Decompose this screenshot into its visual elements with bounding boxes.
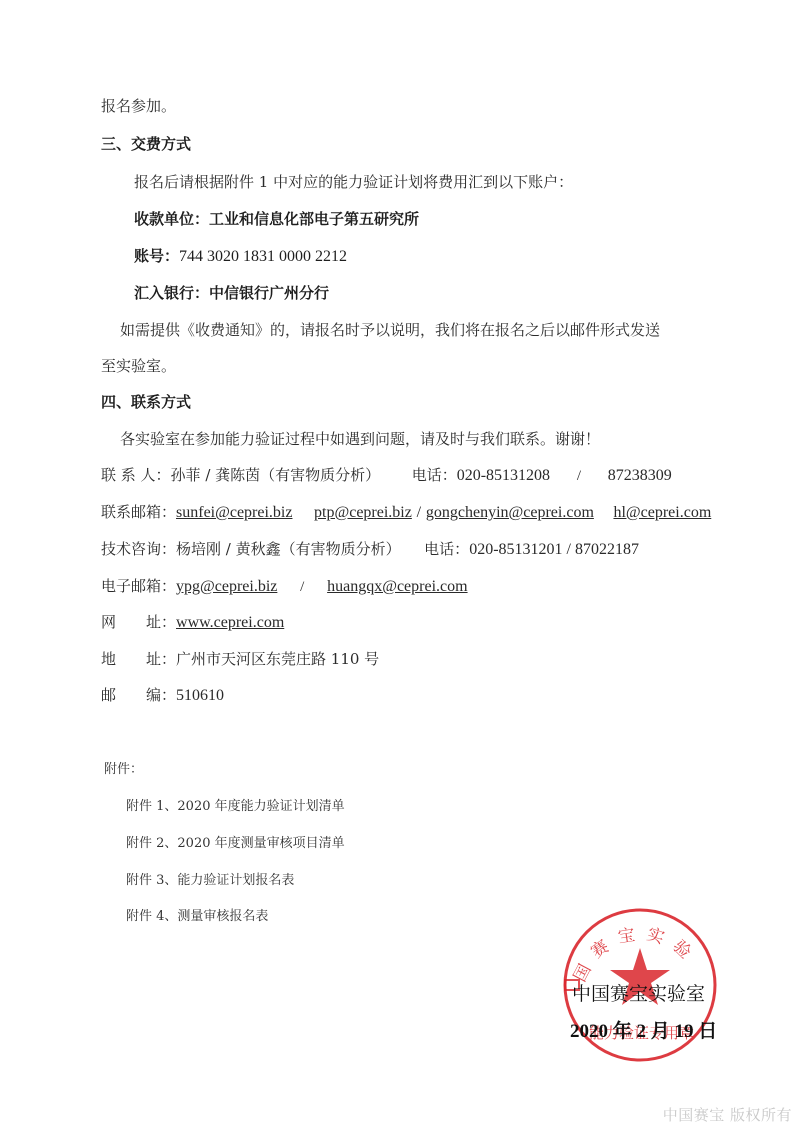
account-label: 账号： (134, 247, 179, 265)
payee-line: 收款单位：工业和信息化部电子第五研究所 (134, 209, 419, 229)
website-link[interactable]: www.ceprei.com (176, 614, 284, 631)
notice-line-2: 至实验室。 (101, 356, 176, 376)
postcode-line: 邮 编：510610 (101, 685, 224, 706)
postcode-value: 510610 (176, 687, 224, 704)
section4-heading: 四、联系方式 (101, 392, 191, 412)
attachment-item-4: 附件 4、测量审核报名表 (126, 907, 268, 927)
section3-paragraph: 报名后请根据附件 1 中对应的能力验证计划将费用汇到以下账户： (134, 172, 573, 192)
bank-label: 汇入银行： (134, 284, 209, 302)
attachment-item-2: 附件 2、2020 年度测量审核项目清单 (126, 834, 345, 854)
email-separator: / (417, 504, 421, 521)
payee-label: 收款单位： (134, 210, 209, 228)
contact-phone-2: 87238309 (608, 467, 672, 484)
signature-date: 2020 年 2 月 19 日 (570, 1016, 717, 1043)
attachment-item-3: 附件 3、能力验证计划报名表 (126, 871, 294, 891)
bank-value: 中信银行广州分行 (209, 284, 329, 302)
website-label: 网 址： (101, 613, 176, 631)
postcode-label: 邮 编： (101, 686, 176, 704)
email-line: 联系邮箱：sunfei@ceprei.biz ptp@ceprei.biz / … (101, 502, 711, 523)
contact-label: 联 系 人： (101, 466, 171, 484)
account-line: 账号：744 3020 1831 0000 2212 (134, 246, 347, 267)
contact-line: 联 系 人：孙菲 / 龚陈茵（有害物质分析） 电话：020-85131208 /… (101, 465, 672, 486)
tech-email-separator: / (300, 577, 304, 597)
contact-phone-label: 电话： (412, 466, 457, 484)
copyright-watermark: 中国赛宝 版权所有 (663, 1104, 792, 1125)
address-value: 广州市天河区东莞庄路 110 号 (176, 650, 379, 668)
email-link-ptp[interactable]: ptp@ceprei.biz (314, 504, 412, 521)
website-line: 网 址：www.ceprei.com (101, 612, 284, 633)
tech-line: 技术咨询：杨培刚 / 黄秋鑫（有害物质分析） 电话：020-85131201 /… (101, 539, 639, 560)
email-link-gongchenyin[interactable]: gongchenyin@ceprei.com (426, 504, 594, 521)
address-label: 地 址： (101, 650, 176, 668)
email-label: 联系邮箱： (101, 503, 176, 521)
tech-email-label: 电子邮箱： (101, 577, 176, 595)
contact-names: 孙菲 / 龚陈茵（有害物质分析） (171, 466, 381, 484)
email-link-ypg[interactable]: ypg@ceprei.biz (176, 578, 277, 595)
tech-email-line: 电子邮箱：ypg@ceprei.biz / huangqx@ceprei.com (101, 576, 468, 597)
attachment-item-1: 附件 1、2020 年度能力验证计划清单 (126, 797, 345, 817)
email-link-sunfei[interactable]: sunfei@ceprei.biz (176, 504, 292, 521)
account-value: 744 3020 1831 0000 2212 (179, 248, 347, 265)
tech-label: 技术咨询： (101, 540, 176, 558)
section3-heading: 三、交费方式 (101, 134, 191, 154)
intro-tail: 报名参加。 (101, 96, 176, 116)
tech-phone-label: 电话： (424, 540, 469, 558)
section4-paragraph: 各实验室在参加能力验证过程中如遇到问题，请及时与我们联系。谢谢！ (120, 429, 600, 449)
tech-names: 杨培刚 / 黄秋鑫（有害物质分析） (176, 540, 401, 558)
email-link-hl[interactable]: hl@ceprei.com (613, 504, 711, 521)
tech-phone: 020-85131201 / 87022187 (469, 541, 639, 558)
email-link-huangqx[interactable]: huangqx@ceprei.com (327, 578, 467, 595)
bank-line: 汇入银行：中信银行广州分行 (134, 283, 329, 303)
contact-phone-1: 020-85131208 (457, 467, 550, 484)
payee-value: 工业和信息化部电子第五研究所 (209, 210, 419, 228)
attachments-heading: 附件： (104, 760, 143, 780)
signature-organization: 中国赛宝实验室 (572, 979, 705, 1006)
contact-phone-separator: / (577, 466, 581, 486)
notice-line-1: 如需提供《收费通知》的，请报名时予以说明，我们将在报名之后以邮件形式发送 (120, 320, 660, 340)
address-line: 地 址：广州市天河区东莞庄路 110 号 (101, 649, 379, 669)
